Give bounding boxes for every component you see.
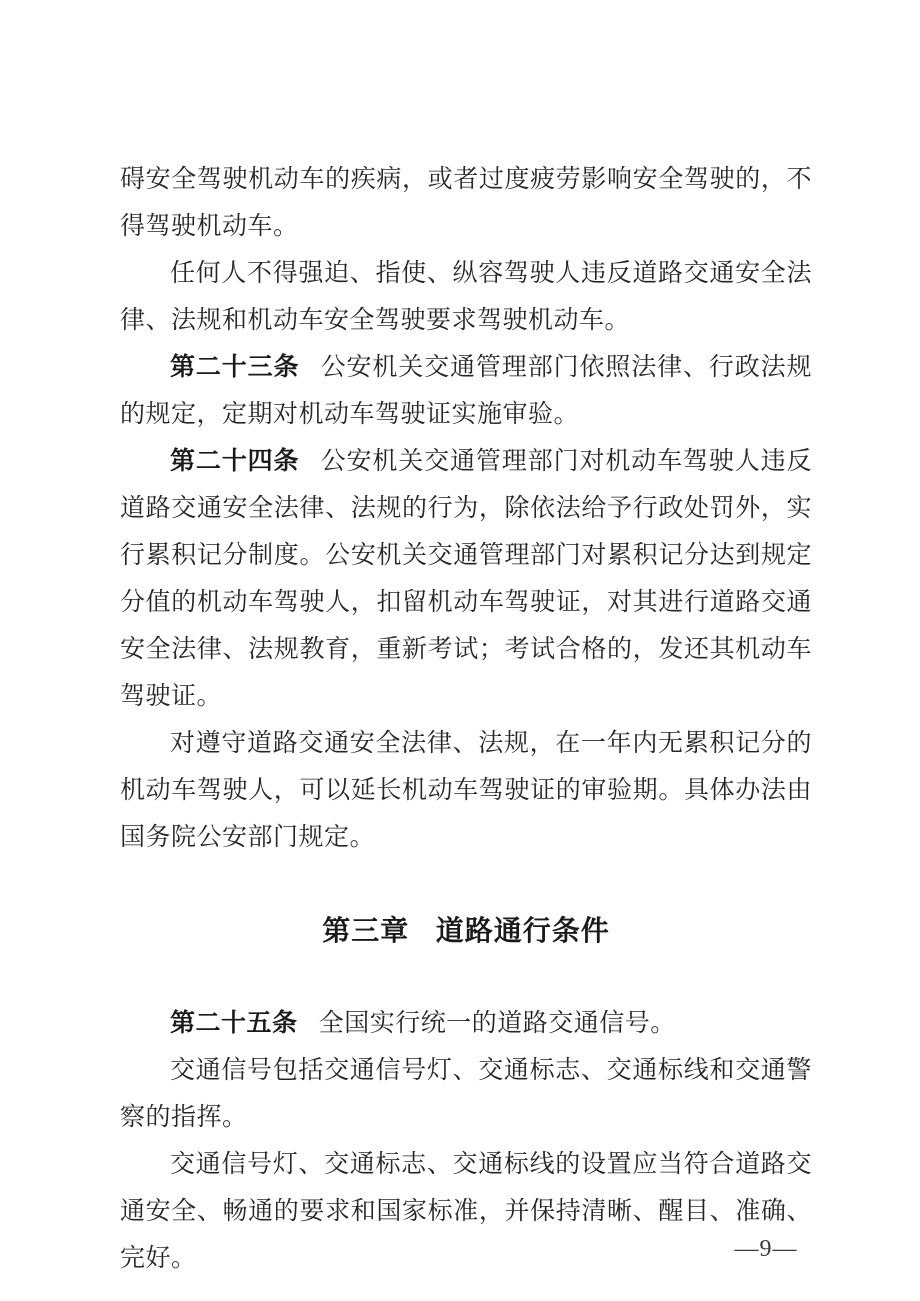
- article-number: 第二十四条: [170, 447, 299, 475]
- chapter-title: 道路通行条件: [436, 915, 610, 946]
- paragraph-article-23: 第二十三条公安机关交通管理部门依照法律、行政法规的规定，定期对机动车驾驶证实施审…: [120, 344, 812, 438]
- article-number: 第二十三条: [170, 353, 299, 381]
- paragraph: 对遵守道路交通安全法律、法规，在一年内无累积记分的机动车驾驶人，可以延长机动车驾…: [120, 720, 812, 861]
- article-text: 公安机关交通管理部门对机动车驾驶人违反道路交通安全法律、法规的行为，除依法给予行…: [120, 448, 812, 710]
- document-page: 碍安全驾驶机动车的疾病，或者过度疲劳影响安全驾驶的，不得驾驶机动车。 任何人不得…: [0, 0, 920, 1301]
- page-number: —9—: [716, 1236, 816, 1263]
- chapter-heading: 第三章道路通行条件: [120, 907, 812, 954]
- article-text: 全国实行统一的道路交通信号。: [319, 1010, 676, 1037]
- paragraph-article-25: 第二十五条全国实行统一的道路交通信号。: [120, 1000, 812, 1047]
- paragraph: 任何人不得强迫、指使、纵容驾驶人违反道路交通安全法律、法规和机动车安全驾驶要求驾…: [120, 250, 812, 344]
- paragraph: 交通信号灯、交通标志、交通标线的设置应当符合道路交通安全、畅通的要求和国家标准，…: [120, 1141, 812, 1282]
- paragraph: 交通信号包括交通信号灯、交通标志、交通标线和交通警察的指挥。: [120, 1047, 812, 1141]
- document-body: 碍安全驾驶机动车的疾病，或者过度疲劳影响安全驾驶的，不得驾驶机动车。 任何人不得…: [120, 156, 812, 1282]
- chapter-number: 第三章: [322, 915, 409, 946]
- paragraph-article-24: 第二十四条公安机关交通管理部门对机动车驾驶人违反道路交通安全法律、法规的行为，除…: [120, 438, 812, 720]
- paragraph-continuation: 碍安全驾驶机动车的疾病，或者过度疲劳影响安全驾驶的，不得驾驶机动车。: [120, 156, 812, 250]
- article-number: 第二十五条: [170, 1009, 298, 1037]
